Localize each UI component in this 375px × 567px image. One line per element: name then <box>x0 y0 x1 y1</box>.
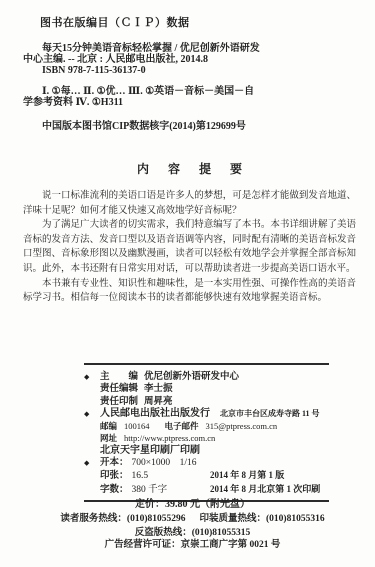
words-label: 字数： <box>100 484 129 496</box>
publisher-address: 北京市丰台区成寿寺路 11 号 <box>220 408 320 420</box>
publisher-row: ◆ 人民邮电出版社出版发行 北京市丰台区成寿寺路 11 号 <box>84 408 329 420</box>
cip-record-line: 中心主编. -- 北京 : 人民邮电出版社, 2014.8 <box>23 54 351 65</box>
cip-class-line: 学参考资料 Ⅳ. ①H311 <box>23 97 351 108</box>
staff-name: 优尼创新外语研发中心 <box>144 371 239 383</box>
cip-record: 每天15分钟美语音标轻松掌握 / 优尼创新外语研发 中心主编. -- 北京 : … <box>23 43 351 76</box>
sheets-value: 16.5 <box>132 470 149 482</box>
colophon-section: ◆ 主 编 优尼创新外语研发中心 责任编辑 李士振 责任印制 周昇亮 ◆ 人民邮… <box>84 363 329 502</box>
sheets-edition-row: 印张： 16.5 2014 年 8 月第 1 版 <box>84 469 329 482</box>
website-label: 网址 <box>100 432 117 444</box>
price-line: 定价：39.80 元（附光盘） <box>20 499 365 511</box>
cip-registry-number: 中国版本图书馆CIP数据核字(2014)第129699号 <box>23 117 351 132</box>
staff-row-editor: 责任编辑 李士振 <box>84 383 329 395</box>
staff-row-chief-editor: ◆ 主 编 优尼创新外语研发中心 <box>84 371 329 383</box>
quality-hotline-number: (010)81055316 <box>266 514 325 524</box>
service-hotline-number: (010)81055296 <box>127 514 186 524</box>
diamond-bullet-icon: ◆ <box>84 457 100 469</box>
abstract-section: 内 容 提 要 说一口标准流利的美语口语是许多人的梦想，可是怎样才能做到发音地道… <box>23 160 356 306</box>
website-url: http://www.ptpress.com.cn <box>124 432 215 444</box>
abstract-paragraph: 为了满足广大读者的切实需求，我们特意编写了本书。本书详细讲解了美语音标的发音方法… <box>23 218 356 276</box>
divider-rule <box>84 363 329 365</box>
cip-classification: Ⅰ. ①每… Ⅱ. ①优… Ⅲ. ①英语－音标－美国－自 学参考资料 Ⅳ. ①H… <box>23 86 351 108</box>
quality-hotline-label: 印装质量热线： <box>200 514 267 524</box>
service-hotline-label: 读者服务热线： <box>60 514 127 524</box>
publisher-name: 人民邮电出版社出版发行 <box>100 408 210 420</box>
staff-row-print-supervisor: 责任印制 周昇亮 <box>84 396 329 408</box>
format-value: 700×1000 1/16 <box>132 457 197 469</box>
website-row: 网址 http://www.ptpress.com.cn <box>84 432 329 444</box>
printing-value: 2014 年 8 月北京第 1 次印刷 <box>210 483 320 495</box>
postcode-value: 100164 <box>124 420 150 432</box>
contact-row: 邮编 100164 电子邮件 315@ptpress.com.cn <box>84 420 329 432</box>
staff-role: 责任编辑 <box>100 383 144 395</box>
cip-section: 图书在版编目（ＣＩＰ）数据 每天15分钟美语音标轻松掌握 / 优尼创新外语研发 … <box>23 14 351 132</box>
antipiracy-number: (010)81055315 <box>192 528 251 538</box>
antipiracy-line: 反盗版热线：(010)81055315 <box>20 528 365 539</box>
abstract-paragraph: 说一口标准流利的美语口语是许多人的梦想，可是怎样才能做到发音地道、洋味十足呢？如… <box>23 189 356 218</box>
sheets-cell: 印张： 16.5 <box>100 470 210 482</box>
edition-value: 2014 年 8 月第 1 版 <box>210 469 284 481</box>
words-printing-row: 字数： 380 千字 2014 年 8 月北京第 1 次印刷 <box>84 483 329 496</box>
staff-name: 李士振 <box>144 383 173 395</box>
abstract-paragraph: 本书兼有专业性、知识性和趣味性，是一本实用性强、可操作性高的美语音标学习书。相信… <box>23 277 356 306</box>
format-label: 开本： <box>100 457 129 469</box>
words-value: 380 千字 <box>132 484 168 496</box>
abstract-heading: 内 容 提 要 <box>23 160 356 177</box>
ad-license-line: 广告经营许可证：京崇工商广字第 0021 号 <box>20 540 365 551</box>
hotlines-line: 读者服务热线：(010)81055296印装质量热线：(010)81055316 <box>20 514 365 525</box>
cip-record-line: 每天15分钟美语音标轻松掌握 / 优尼创新外语研发 <box>23 43 351 54</box>
printer-name: 北京天宇星印刷厂印刷 <box>100 445 200 457</box>
staff-role: 主 编 <box>100 371 144 383</box>
format-row: ◆ 开本： 700×1000 1/16 <box>84 457 329 469</box>
staff-role: 责任印制 <box>100 396 144 408</box>
cip-isbn-line: ISBN 978-7-115-36137-0 <box>23 65 351 76</box>
cip-heading: 图书在版编目（ＣＩＰ）数据 <box>40 14 351 30</box>
email-label: 电子邮件 <box>165 420 199 432</box>
antipiracy-label: 反盗版热线： <box>135 528 192 538</box>
words-cell: 字数： 380 千字 <box>100 484 210 496</box>
diamond-bullet-icon: ◆ <box>84 408 100 420</box>
email-value: 315@ptpress.com.cn <box>206 420 278 432</box>
postcode-label: 邮编 <box>100 420 117 432</box>
footer-section: 定价：39.80 元（附光盘） 读者服务热线：(010)81055296印装质量… <box>20 499 365 551</box>
printer-row: 北京天宇星印刷厂印刷 <box>84 445 329 457</box>
diamond-bullet-icon: ◆ <box>84 371 100 383</box>
sheets-label: 印张： <box>100 470 129 482</box>
staff-name: 周昇亮 <box>144 396 173 408</box>
book-copyright-page: 图书在版编目（ＣＩＰ）数据 每天15分钟美语音标轻松掌握 / 优尼创新外语研发 … <box>0 0 375 567</box>
cip-class-line: Ⅰ. ①每… Ⅱ. ①优… Ⅲ. ①英语－音标－美国－自 <box>23 86 351 97</box>
